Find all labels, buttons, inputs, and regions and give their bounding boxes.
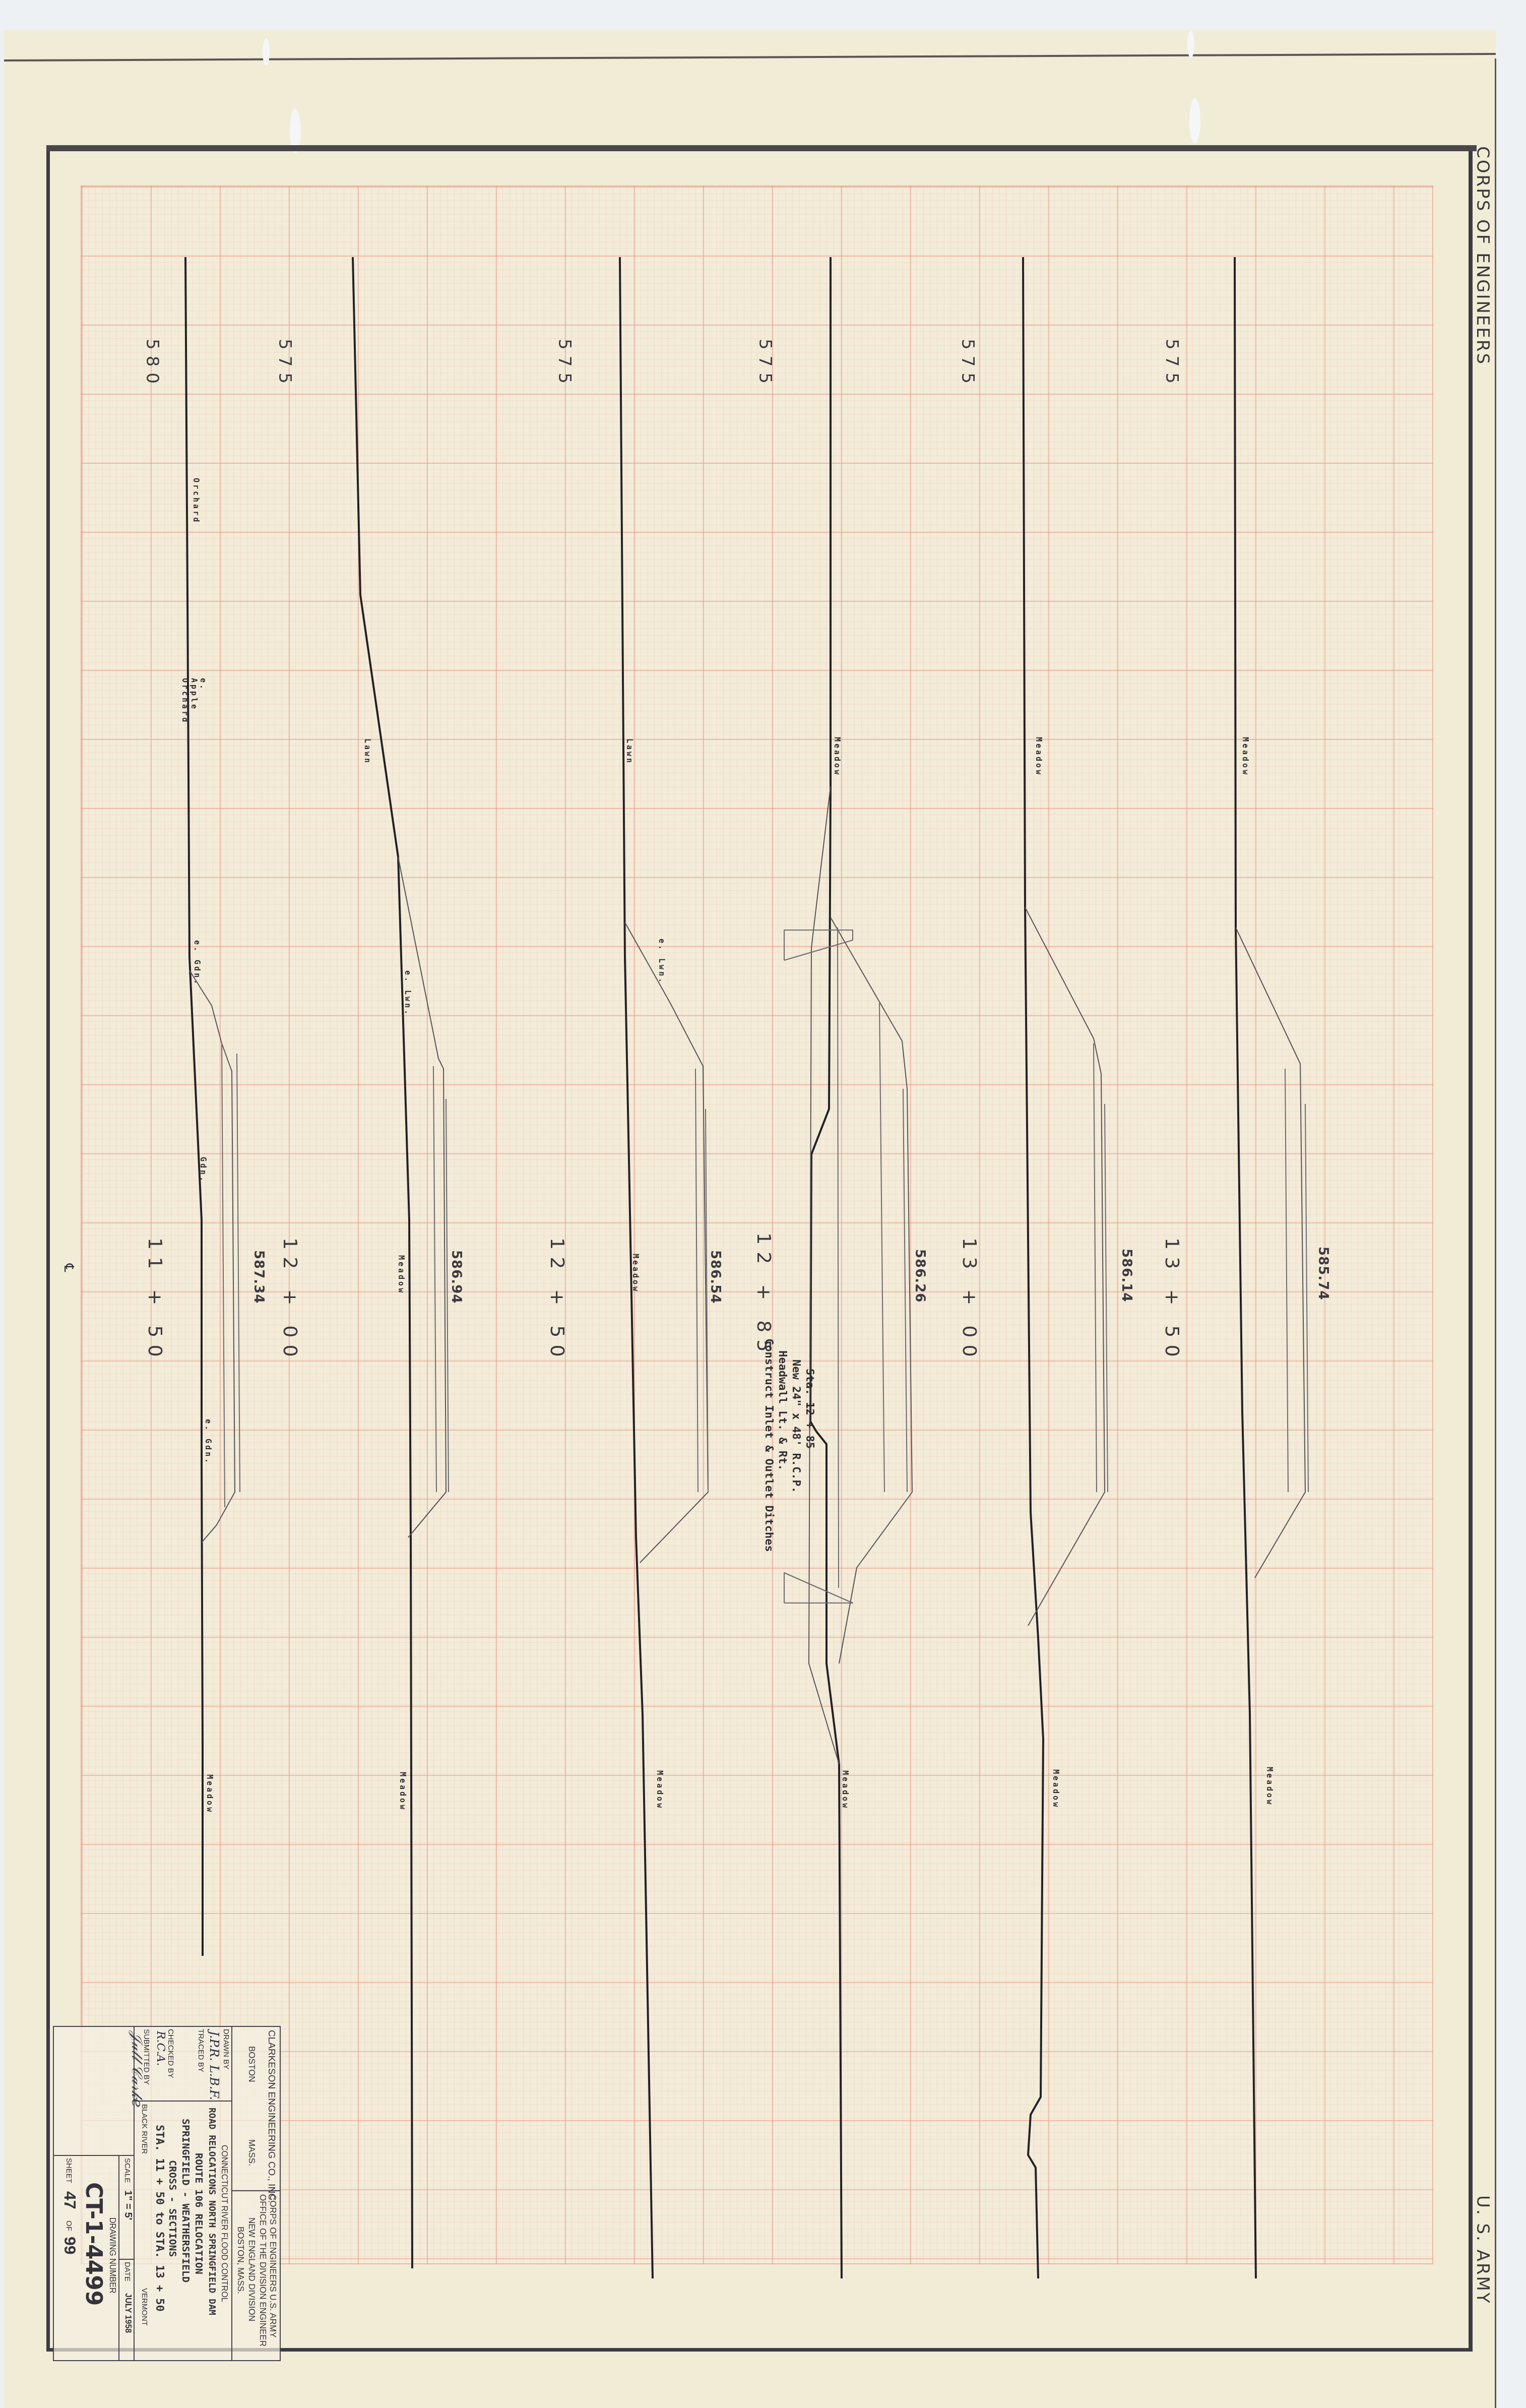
grade-elevation-12-00: 586.94 [449, 1250, 464, 1304]
grade-elevation-13-50: 585.74 [1315, 1247, 1330, 1300]
drawing-sheet: CORPS OF ENGINEERS U. S. ARMY [0, 0, 1526, 2408]
grade-elevation-12-50: 586.54 [708, 1250, 723, 1304]
section-12-85 [784, 257, 912, 2278]
firm-name: CLARKESON ENGINEERING CO., INC. [266, 2030, 277, 2203]
landuse-label: e. Apple Orchard [180, 678, 208, 718]
drawing-number-label: DRAWING NUMBER [107, 2217, 116, 2294]
sheet-number: 47 [60, 2191, 79, 2209]
agency-line: OFFICE OF THE DIVISION ENGINEER [258, 2194, 268, 2347]
landuse-label: Meadow [655, 1770, 664, 1810]
landuse-label: Meadow [398, 1772, 407, 1811]
culvert-note-line: Sta. 12 + 85 [803, 1338, 816, 1552]
station-label-13-50: 13 + 50 [1161, 1238, 1183, 1364]
firm-state: MASS. [246, 2139, 257, 2166]
landuse-label: Meadow [833, 737, 842, 776]
landuse-label: Meadow [1265, 1767, 1274, 1806]
landuse-label: e. Lwn. [403, 970, 412, 1016]
landuse-label: e. Gdn. [204, 1419, 213, 1465]
station-label-12-50: 12 + 50 [546, 1238, 568, 1364]
culvert-note-line: Construct Inlet & Outlet Ditches [762, 1338, 776, 1552]
project-line: CROSS - SECTIONS [167, 2160, 179, 2257]
drawn-by-value: J.P.R. L.B.F. [207, 2031, 221, 2100]
agency-line: NEW ENGLAND DIVISION [246, 2217, 257, 2321]
section-13-50 [1235, 257, 1308, 2278]
state-name: VERMONT [140, 2288, 149, 2326]
landuse-label: Meadow [397, 1255, 406, 1294]
landuse-label: Gdn. [199, 1157, 208, 1183]
landuse-label: Lawn [625, 738, 634, 765]
culvert-note-line: New 24" x 48' R.C.P. [789, 1338, 803, 1552]
station-label-13-00: 13 + 00 [959, 1238, 981, 1364]
drawn-by-label: DRAWN BY [222, 2029, 230, 2069]
datum-elevation-12-85: 575 [755, 339, 775, 390]
grade-elevation-12-85: 586.26 [912, 1249, 927, 1303]
submitted-by-signature: 𝒥𝓊𝓁𝓁 𝒞𝒶𝓇𝓀𝑒 [128, 2031, 146, 2108]
datum-elevation-11-50: 580 [142, 339, 162, 390]
centerline-icon: ℄ [61, 1264, 76, 1272]
sheet-total: 99 [60, 2237, 79, 2255]
project-line: CONNECTICUT RIVER FLOOD CONTROL [219, 2145, 228, 2302]
datum-elevation-13-00: 575 [958, 339, 978, 390]
landuse-label: Meadow [631, 1254, 640, 1293]
landuse-label: Meadow [205, 1774, 214, 1814]
landuse-label: Meadow [1051, 1769, 1060, 1809]
culvert-note-line: Headwall Lt. & Rt. [776, 1338, 789, 1552]
culvert-note: Sta. 12 + 85 New 24" x 48' R.C.P. Headwa… [762, 1338, 816, 1552]
station-label-12-00: 12 + 00 [279, 1238, 301, 1364]
date-label: DATE [123, 2262, 132, 2281]
datum-elevation-12-50: 575 [554, 339, 575, 390]
checked-by-label: CHECKED BY [166, 2029, 175, 2078]
sheet-label: SHEET [65, 2158, 73, 2183]
landuse-label: Meadow [1241, 737, 1250, 776]
scale-value: 1" = 5' [122, 2190, 134, 2220]
datum-elevation-12-00: 575 [275, 339, 295, 390]
landuse-label: e. Gdn. [193, 940, 202, 986]
project-line: ROUTE 106 RELOCATION [193, 2153, 205, 2274]
project-line: SPRINGFIELD - WEATHERSFIELD [180, 2119, 192, 2282]
agency-line: BOSTON, MASS. [235, 2227, 245, 2294]
datum-elevation-13-50: 575 [1162, 339, 1182, 390]
landuse-label: Orchard [192, 478, 201, 524]
section-13-00 [1023, 257, 1108, 2278]
landuse-label: Meadow [841, 1770, 850, 1810]
firm-city: BOSTON [246, 2046, 257, 2082]
sheet-of-label: OF [65, 2220, 73, 2231]
landuse-label: Lawn [363, 738, 372, 765]
landuse-label: Meadow [1034, 737, 1043, 776]
agency-line: CORPS OF ENGINEERS U.S. ARMY [268, 2194, 278, 2337]
traced-by-label: TRACED BY [197, 2029, 205, 2072]
river-name: BLACK RIVER [140, 2104, 149, 2154]
drawing-number: CT-1-4499 [81, 2182, 106, 2306]
grade-elevation-11-50: 587.34 [251, 1250, 266, 1304]
grade-elevation-13-00: 586.14 [1119, 1249, 1134, 1302]
scale-label: SCALE [123, 2158, 132, 2183]
project-line: ROAD RELOCATIONS NORTH SPRINGFIELD DAM [207, 2108, 217, 2315]
station-label-11-50: 11 + 50 [144, 1238, 166, 1364]
checked-by-value: R.C.A. [154, 2031, 167, 2066]
title-block: CLARKESON ENGINEERING CO., INC. BOSTON M… [53, 2026, 281, 2361]
project-line: STA. 11 + 50 to STA. 13 + 50 [153, 2125, 166, 2312]
date-value: JULY 1958 [123, 2293, 132, 2333]
landuse-label: e. Lwn. [657, 939, 666, 984]
